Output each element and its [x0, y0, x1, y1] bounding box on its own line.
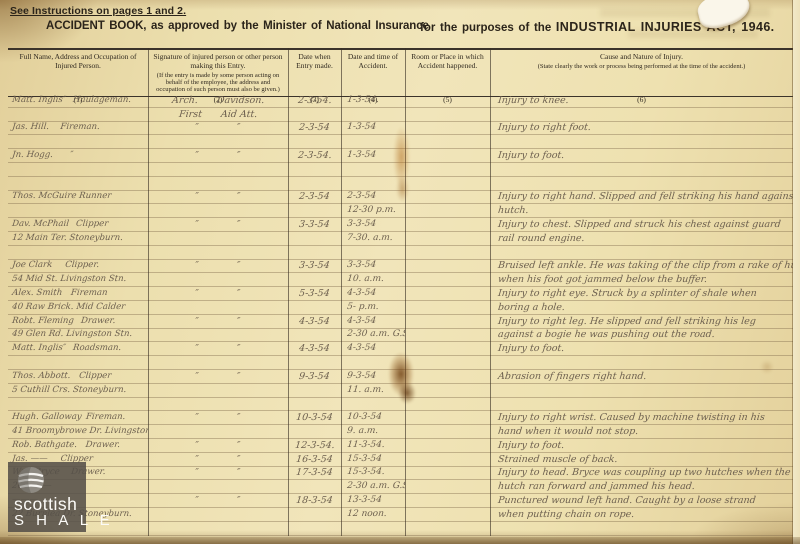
table-cell: [405, 439, 490, 453]
table-cell: [490, 398, 793, 412]
table-cell: ″ ″: [148, 191, 288, 205]
table-cell: ″ ″: [148, 494, 288, 508]
table-cell: boring a hole.: [490, 301, 793, 315]
table-cell: 15-3-54.: [341, 467, 405, 481]
table-cell: 2-30 a.m. G.S.: [341, 329, 405, 343]
table-cell: [8, 163, 148, 177]
table-cell: 9-3-54: [288, 370, 341, 384]
table-row: Robt. Fleming Drawer.″ ″4-3-544-3-54Inju…: [8, 315, 793, 329]
table-cell: 4-3-54: [288, 315, 341, 329]
table-cell: [288, 177, 341, 191]
table-cell: [405, 122, 490, 136]
table-cell: [8, 398, 148, 412]
table-cell: [341, 522, 405, 536]
table-cell: [148, 177, 288, 191]
table-cell: 41 Broomybrowe Dr. Livingston Stn.: [8, 425, 148, 439]
header-label: Date when Entry made.: [292, 53, 337, 71]
table-cell: ″ ″: [148, 122, 288, 136]
table-cell: [148, 301, 288, 315]
table-cell: [405, 94, 490, 108]
table-cell: [8, 177, 148, 191]
table-row: Joe Clark Clipper.″ ″3-3-543-3-54Bruised…: [8, 260, 793, 274]
table-cell: [148, 246, 288, 260]
table-cell: [288, 522, 341, 536]
table-cell: [405, 480, 490, 494]
table-cell: ″ ″: [148, 453, 288, 467]
accident-book-page: See Instructions on pages 1 and 2. ACCID…: [0, 0, 800, 544]
table-cell: [288, 398, 341, 412]
table-cell: Injury to right wrist. Caused by machine…: [490, 411, 793, 425]
table-cell: 18-3-54: [288, 494, 341, 508]
table-cell: 3-3-54: [341, 218, 405, 232]
table-cell: hutch.: [490, 204, 793, 218]
page-edge: [792, 0, 800, 544]
table-row: 20 ———2-30 a.m. G.S.hutch ran forward an…: [8, 480, 793, 494]
header-sublabel: (State clearly the work or process being…: [538, 63, 746, 70]
table-cell: ″ ″: [148, 287, 288, 301]
table-cell: 2-30 a.m. G.S.: [341, 480, 405, 494]
table-cell: [405, 246, 490, 260]
table-cell: 4-3-54: [288, 342, 341, 356]
table-cell: 4-3-54: [341, 315, 405, 329]
header-label: Full Name, Address and Occupation of Inj…: [12, 53, 144, 71]
table-cell: Injury to right foot.: [490, 122, 793, 136]
table-cell: [148, 163, 288, 177]
table-cell: Hugh. Galloway Fireman.: [8, 411, 148, 425]
table-cell: ″ ″: [148, 411, 288, 425]
table-cell: Injury to head. Bryce was coupling up tw…: [490, 467, 793, 481]
header-sublabel: (If the entry is made by some person act…: [152, 72, 284, 94]
table-row: [8, 522, 793, 536]
ink-stain: [396, 176, 409, 202]
table-cell: 40 Raw Brick. Mid Calder: [8, 301, 148, 315]
faint-stain: [760, 360, 774, 374]
table-cell: [405, 149, 490, 163]
table-cell: 5-3-54: [288, 287, 341, 301]
table-cell: 7-30. a.m.: [341, 232, 405, 246]
header-label: Cause and Nature of Injury.: [538, 53, 746, 62]
table-cell: 10-3-54: [341, 411, 405, 425]
table-cell: [405, 453, 490, 467]
table-cell: [405, 329, 490, 343]
table-cell: [288, 329, 341, 343]
table-cell: [288, 135, 341, 149]
table-cell: Robt. Fleming Drawer.: [8, 315, 148, 329]
table-cell: 3-3-54: [288, 260, 341, 274]
table-cell: Injury to foot.: [490, 439, 793, 453]
table-cell: [405, 232, 490, 246]
table-cell: [490, 384, 793, 398]
table-cell: Dav. McPhail Clipper: [8, 218, 148, 232]
table-cell: [148, 273, 288, 287]
table-cell: Injury to right hand. Slipped and fell s…: [490, 191, 793, 205]
table-cell: [405, 108, 490, 122]
table-cell: [490, 177, 793, 191]
table-cell: against a bogie he was pushing out the r…: [490, 329, 793, 343]
table-cell: [405, 425, 490, 439]
table-cell: Injury to right leg. He slipped and fell…: [490, 315, 793, 329]
table-cell: [490, 356, 793, 370]
table-cell: 12 noon.: [341, 508, 405, 522]
table-cell: 13-3-54: [341, 494, 405, 508]
table-cell: ″ ″: [148, 439, 288, 453]
table-cell: Injury to foot.: [490, 342, 793, 356]
table-cell: [288, 232, 341, 246]
table-cell: [288, 508, 341, 522]
table-cell: Injury to foot.: [490, 149, 793, 163]
table-cell: 5- p.m.: [341, 301, 405, 315]
table-cell: [288, 204, 341, 218]
table-cell: [288, 384, 341, 398]
burn-stain: [398, 382, 416, 404]
table-cell: ″ ″: [148, 467, 288, 481]
table-cell: 1-3-54.: [341, 94, 405, 108]
table-row: First Aid Att.: [8, 108, 793, 122]
table-cell: 9. a.m.: [341, 425, 405, 439]
table-cell: [405, 301, 490, 315]
table-cell: [288, 425, 341, 439]
table-row: [8, 246, 793, 260]
table-cell: [405, 467, 490, 481]
column-divider: [148, 48, 149, 536]
table-cell: 10. a.m.: [341, 273, 405, 287]
column-divider: [288, 48, 289, 536]
table-cell: [405, 356, 490, 370]
table-cell: 5 Cuthill Crs. Stoneyburn.: [8, 384, 148, 398]
table-cell: [148, 425, 288, 439]
page-title-right-prefix: for the purposes of the: [420, 22, 556, 34]
table-cell: ″ ″: [148, 260, 288, 274]
table-row: ———″ ″18-3-5413-3-54Punctured wound left…: [8, 494, 793, 508]
table-cell: [288, 356, 341, 370]
table-cell: Injury to knee.: [490, 94, 793, 108]
table-cell: [341, 246, 405, 260]
table-cell: [405, 273, 490, 287]
table-cell: [148, 480, 288, 494]
table-cell: [148, 398, 288, 412]
table-cell: when his foot got jammed below the buffe…: [490, 273, 793, 287]
table-cell: ″ ″: [148, 218, 288, 232]
table-cell: [288, 108, 341, 122]
column-divider: [341, 48, 342, 536]
table-cell: [405, 204, 490, 218]
table-cell: [148, 384, 288, 398]
table-cell: [405, 411, 490, 425]
table-cell: [288, 246, 341, 260]
table-cell: [405, 398, 490, 412]
table-cell: hutch ran forward and jammed his head.: [490, 480, 793, 494]
table-cell: [8, 108, 148, 122]
table-cell: [405, 177, 490, 191]
table-cell: Jas. Hill. Fireman.: [8, 122, 148, 136]
table-row: Matt. Inglis″ Haulageman.Arch. Davidson.…: [8, 94, 793, 108]
table-cell: Injury to chest. Slipped and struck his …: [490, 218, 793, 232]
table-cell: [288, 163, 341, 177]
table-cell: [405, 287, 490, 301]
table-cell: Thos. Abbott. Clipper: [8, 370, 148, 384]
page-bottom-edge: [0, 537, 800, 544]
table-cell: [405, 508, 490, 522]
table-cell: Rob. Bathgate. Drawer.: [8, 439, 148, 453]
shale-globe-icon: [16, 465, 46, 495]
table-cell: [405, 342, 490, 356]
header-label: Date and time of Accident.: [345, 53, 401, 71]
ghost-print: [628, 30, 758, 38]
table-cell: 10-3-54: [288, 411, 341, 425]
table-row: 41 Broomybrowe Dr. Livingston Stn.9. a.m…: [8, 425, 793, 439]
table-cell: 2-3-54: [288, 191, 341, 205]
table-cell: [490, 108, 793, 122]
column-divider: [405, 48, 406, 536]
table-cell: 17-3-54: [288, 467, 341, 481]
table-cell: Alex. Smith Fireman: [8, 287, 148, 301]
table-cell: ″ ″: [148, 315, 288, 329]
table-cell: [405, 370, 490, 384]
watermark: scottish S H A L E: [8, 462, 86, 532]
table-cell: Jn. Hogg. ″: [8, 149, 148, 163]
table-cell: [490, 246, 793, 260]
table-cell: First Aid Att.: [148, 108, 288, 122]
table-cell: Thos. McGuire Runner: [8, 191, 148, 205]
table-cell: [8, 135, 148, 149]
table-row: Alex. Smith Fireman″ ″5-3-544-3-54Injury…: [8, 287, 793, 301]
table-cell: Injury to right eye. Struck by a splinte…: [490, 287, 793, 301]
table-cell: 54 Mid St. Livingston Stn.: [8, 273, 148, 287]
table-cell: [148, 135, 288, 149]
table-cell: 15-3-54: [341, 453, 405, 467]
watermark-text-line2: S H A L E: [14, 512, 114, 529]
table-cell: 3-3-54: [288, 218, 341, 232]
table-row: Rob. Bathgate. Drawer.″ ″12-3-54.11-3-54…: [8, 439, 793, 453]
table-cell: hand when it would not stop.: [490, 425, 793, 439]
table-cell: [405, 218, 490, 232]
table-cell: [288, 273, 341, 287]
table-cell: 12-3-54.: [288, 439, 341, 453]
table-row: Jas. —— Clipper″ ″16-3-5415-3-54Strained…: [8, 453, 793, 467]
table-cell: [490, 135, 793, 149]
table-cell: 2-3-54.: [288, 149, 341, 163]
table-row: Wm. Bryce Drawer.″ ″17-3-5415-3-54.Injur…: [8, 467, 793, 481]
table-cell: [405, 163, 490, 177]
table-cell: 49 Glen Rd. Livingston Stn.: [8, 329, 148, 343]
table-cell: [405, 522, 490, 536]
table-row: 49 Glen Rd. Livingston Stn.2-30 a.m. G.S…: [8, 329, 793, 343]
header-label-group: Signature of injured person or other per…: [152, 53, 284, 94]
header-label: Room or Place in which Accident happened…: [409, 53, 486, 71]
table-cell: Arch. Davidson.: [148, 94, 288, 108]
table-cell: [8, 356, 148, 370]
table-cell: Matt. Inglis″ Haulageman.: [8, 94, 148, 108]
table-cell: [405, 135, 490, 149]
table-cell: ″ ″: [148, 149, 288, 163]
table-cell: 2-3-54.: [288, 94, 341, 108]
instructions-note: See Instructions on pages 1 and 2.: [10, 5, 186, 17]
table-cell: [405, 384, 490, 398]
table-row: 40 Raw Brick. Mid Calder5- p.m.boring a …: [8, 301, 793, 315]
page-title-left: ACCIDENT BOOK, as approved by the Minist…: [46, 20, 429, 32]
table-cell: [490, 522, 793, 536]
table-cell: ″ ″: [148, 370, 288, 384]
table-cell: [288, 480, 341, 494]
table-cell: [490, 163, 793, 177]
table-cell: Bruised left ankle. He was taking of the…: [490, 260, 793, 274]
table-cell: [148, 508, 288, 522]
table-row: 12-30 p.m.hutch.: [8, 204, 793, 218]
table-row: Dav. McPhail Clipper″ ″3-3-543-3-54Injur…: [8, 218, 793, 232]
table-cell: 4-3-54: [341, 287, 405, 301]
table-cell: Strained muscle of back.: [490, 453, 793, 467]
table-cell: when putting chain on rope.: [490, 508, 793, 522]
table-cell: [8, 246, 148, 260]
table-cell: [148, 204, 288, 218]
table-cell: Punctured wound left hand. Caught by a l…: [490, 494, 793, 508]
table-cell: [341, 108, 405, 122]
header-label: Signature of injured person or other per…: [152, 53, 284, 71]
table-cell: 12 Main Ter. Stoneyburn.: [8, 232, 148, 246]
header-label-group: Cause and Nature of Injury. (State clear…: [538, 53, 746, 70]
table-cell: 11-3-54.: [341, 439, 405, 453]
table-header: Full Name, Address and Occupation of Inj…: [8, 48, 793, 97]
column-divider: [490, 48, 491, 536]
table-row: Hugh. Galloway Fireman.″ ″10-3-5410-3-54…: [8, 411, 793, 425]
table-row: 54 Mid St. Livingston Stn.10. a.m.when h…: [8, 273, 793, 287]
table-cell: [148, 329, 288, 343]
table-cell: 2-3-54: [288, 122, 341, 136]
table-cell: rail round engine.: [490, 232, 793, 246]
table-cell: Abrasion of fingers right hand.: [490, 370, 793, 384]
table-cell: 12-30 p.m.: [341, 204, 405, 218]
table-cell: [405, 315, 490, 329]
table-cell: ″ ″: [148, 342, 288, 356]
table-cell: 3-3-54: [341, 260, 405, 274]
table-cell: [148, 522, 288, 536]
table-cell: [405, 494, 490, 508]
table-row: 12 Main Ter. Stoneyburn.7-30. a.m.rail r…: [8, 232, 793, 246]
table-cell: [405, 260, 490, 274]
table-cell: Joe Clark Clipper.: [8, 260, 148, 274]
table-cell: 16-3-54: [288, 453, 341, 467]
table-cell: [8, 204, 148, 218]
table-cell: [148, 232, 288, 246]
table-row: 22 Burnlea Dr. Stoneyburn.12 noon.when p…: [8, 508, 793, 522]
table-cell: [341, 398, 405, 412]
table-cell: [288, 301, 341, 315]
table-cell: [148, 356, 288, 370]
table-cell: Matt. Inglis″ Roadsman.: [8, 342, 148, 356]
table-cell: [405, 191, 490, 205]
